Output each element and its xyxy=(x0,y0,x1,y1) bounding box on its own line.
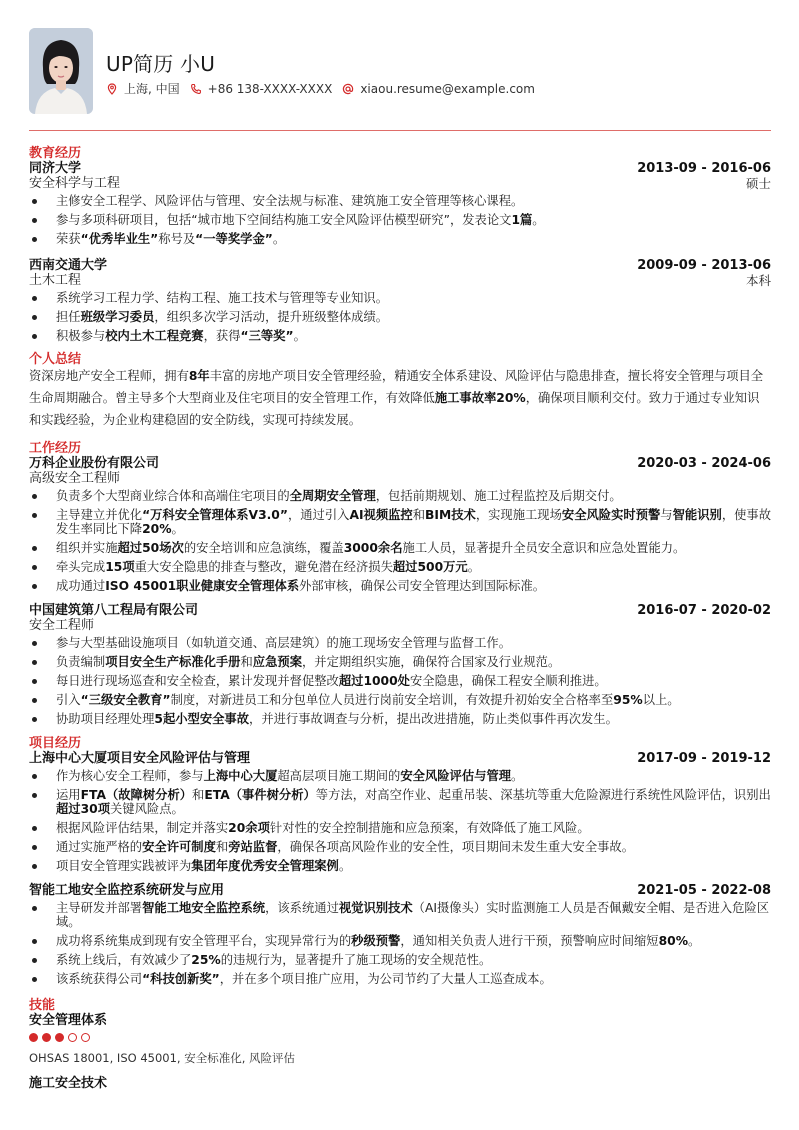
date-range: 2013-09 - 2016-06 xyxy=(637,161,771,176)
work-entry: 万科企业股份有限公司 2020-03 - 2024-06 高级安全工程师 负责多… xyxy=(29,456,771,593)
projects-section: 项目经历 上海中心大厦项目安全风险评估与管理 2017-09 - 2019-12… xyxy=(29,736,771,986)
project-entry: 上海中心大厦项目安全风险评估与管理 2017-09 - 2019-12 作为核心… xyxy=(29,751,771,873)
job-title: 高级安全工程师 xyxy=(29,471,120,486)
rating-dot-empty xyxy=(68,1033,77,1042)
bullet-item: 运用FTA（故障树分析）和ETA（事件树分析）等方法，对高空作业、起重吊装、深基… xyxy=(29,788,771,816)
bullet-item: 参与多项科研项目，包括“城市地下空间结构施工安全风险评估模型研究”，发表论文1篇… xyxy=(29,213,771,227)
bullet-item: 根据风险评估结果，制定并落实20余项针对性的安全控制措施和应急预案，有效降低了施… xyxy=(29,821,771,835)
date-range: 2009-09 - 2013-06 xyxy=(637,258,771,273)
bullet-item: 负责多个大型商业综合体和高端住宅项目的全周期安全管理，包括前期规划、施工过程监控… xyxy=(29,489,771,503)
skill-item: 施工安全技术 xyxy=(29,1076,771,1091)
bullet-item: 积极参与校内土木工程竞赛，获得“三等奖”。 xyxy=(29,329,771,343)
bullet-list: 主修安全工程学、风险评估与管理、安全法规与标准、建筑施工安全管理等核心课程。参与… xyxy=(29,194,771,246)
bullet-item: 作为核心安全工程师，参与上海中心大厦超高层项目施工期间的安全风险评估与管理。 xyxy=(29,769,771,783)
rating-dot-empty xyxy=(81,1033,90,1042)
rating-dot-filled xyxy=(42,1033,51,1042)
section-title-projects: 项目经历 xyxy=(29,736,771,751)
bullet-list: 系统学习工程力学、结构工程、施工技术与管理等专业知识。担任班级学习委员，组织多次… xyxy=(29,291,771,343)
company-name: 万科企业股份有限公司 xyxy=(29,456,159,471)
work-entry: 中国建筑第八工程局有限公司 2016-07 - 2020-02 安全工程师 参与… xyxy=(29,603,771,726)
rating-dot-filled xyxy=(55,1033,64,1042)
bullet-list: 参与大型基础设施项目（如轨道交通、高层建筑）的施工现场安全管理与监督工作。负责编… xyxy=(29,636,771,726)
skill-name: 安全管理体系 xyxy=(29,1013,771,1028)
summary-text: 资深房地产安全工程师，拥有8年丰富的房地产项目安全管理经验，精通安全体系建设、风… xyxy=(29,365,771,431)
contact-email[interactable]: xiaou.resume@example.com xyxy=(342,82,535,96)
bullet-item: 成功将系统集成到现有安全管理平台，实现异常行为的秒级预警，通知相关负责人进行干预… xyxy=(29,934,771,948)
skill-item: 安全管理体系 OHSAS 18001, ISO 45001, 安全标准化, 风险… xyxy=(29,1013,771,1066)
location-text: 上海, 中国 xyxy=(124,80,180,97)
bullet-item: 每日进行现场巡查和安全检查，累计发现并督促整改超过1000处安全隐患，确保工程安… xyxy=(29,674,771,688)
bullet-list: 作为核心安全工程师，参与上海中心大厦超高层项目施工期间的安全风险评估与管理。运用… xyxy=(29,769,771,873)
summary-section: 个人总结 资深房地产安全工程师，拥有8年丰富的房地产项目安全管理经验，精通安全体… xyxy=(29,352,771,431)
work-section: 工作经历 万科企业股份有限公司 2020-03 - 2024-06 高级安全工程… xyxy=(29,441,771,726)
date-range: 2020-03 - 2024-06 xyxy=(637,456,771,471)
company-name: 中国建筑第八工程局有限公司 xyxy=(29,603,198,618)
bullet-list: 主导研发并部署智能工地安全监控系统，该系统通过视觉识别技术（AI摄像头）实时监测… xyxy=(29,901,771,986)
education-entry: 西南交通大学 2009-09 - 2013-06 土木工程 本科 系统学习工程力… xyxy=(29,258,771,343)
bullet-item: 负责编制项目安全生产标准化手册和应急预案，并定期组织实施，确保符合国家及行业规范… xyxy=(29,655,771,669)
rating-dot-filled xyxy=(29,1033,38,1042)
phone-text: +86 138-XXXX-XXXX xyxy=(208,82,333,96)
project-name: 上海中心大厦项目安全风险评估与管理 xyxy=(29,751,250,766)
bullet-item: 组织并实施超过50场次的安全培训和应急演练，覆盖3000余名施工人员，显著提升全… xyxy=(29,541,771,555)
bullet-item: 牵头完成15项重大安全隐患的排查与整改，避免潜在经济损失超过500万元。 xyxy=(29,560,771,574)
at-icon xyxy=(342,83,354,95)
header-divider xyxy=(29,130,771,131)
date-range: 2017-09 - 2019-12 xyxy=(637,751,771,766)
bullet-item: 担任班级学习委员，组织多次学习活动，提升班级整体成绩。 xyxy=(29,310,771,324)
skill-name: 施工安全技术 xyxy=(29,1076,771,1091)
bullet-item: 该系统获得公司“科技创新奖”，并在多个项目推广应用，为公司节约了大量人工巡查成本… xyxy=(29,972,771,986)
bullet-item: 通过实施严格的安全许可制度和旁站监督，确保各项高风险作业的安全性，项目期间未发生… xyxy=(29,840,771,854)
bullet-list: 负责多个大型商业综合体和高端住宅项目的全周期安全管理，包括前期规划、施工过程监控… xyxy=(29,489,771,593)
phone-icon xyxy=(190,83,202,95)
contact-info: 上海, 中国 +86 138-XXXX-XXXX xiaou.resume@ex… xyxy=(106,80,545,97)
bullet-item: 成功通过ISO 45001职业健康安全管理体系外部审核，确保公司安全管理达到国际… xyxy=(29,579,771,593)
section-title-education: 教育经历 xyxy=(29,146,771,161)
bullet-item: 主导研发并部署智能工地安全监控系统，该系统通过视觉识别技术（AI摄像头）实时监测… xyxy=(29,901,771,929)
education-entry: 同济大学 2013-09 - 2016-06 安全科学与工程 硕士 主修安全工程… xyxy=(29,161,771,246)
resume-header: UP简历 小U 上海, 中国 +86 138-XXXX-XXXX xyxy=(29,0,771,130)
avatar-portrait-icon xyxy=(29,28,93,114)
contact-location: 上海, 中国 xyxy=(106,80,180,97)
bullet-item: 协助项目经理处理5起小型安全事故，并进行事故调查与分析，提出改进措施，防止类似事… xyxy=(29,712,771,726)
bullet-item: 荣获“优秀毕业生”称号及“一等奖学金”。 xyxy=(29,232,771,246)
bullet-item: 主修安全工程学、风险评估与管理、安全法规与标准、建筑施工安全管理等核心课程。 xyxy=(29,194,771,208)
bullet-item: 主导建立并优化“万科安全管理体系V3.0”，通过引入AI视频监控和BIM技术，实… xyxy=(29,508,771,536)
degree: 本科 xyxy=(746,273,771,288)
skill-level-rating xyxy=(29,1033,771,1042)
contact-phone: +86 138-XXXX-XXXX xyxy=(190,82,333,96)
skills-section: 技能 安全管理体系 OHSAS 18001, ISO 45001, 安全标准化,… xyxy=(29,998,771,1091)
date-range: 2021-05 - 2022-08 xyxy=(637,883,771,898)
major: 土木工程 xyxy=(29,273,81,288)
bullet-item: 系统学习工程力学、结构工程、施工技术与管理等专业知识。 xyxy=(29,291,771,305)
resume-page: UP简历 小U 上海, 中国 +86 138-XXXX-XXXX xyxy=(29,0,771,1091)
major: 安全科学与工程 xyxy=(29,176,120,191)
section-title-skills: 技能 xyxy=(29,998,771,1013)
job-title: 安全工程师 xyxy=(29,618,94,633)
candidate-name: UP简历 小U xyxy=(106,48,215,77)
section-title-work: 工作经历 xyxy=(29,441,771,456)
bullet-item: 引入“三级安全教育”制度，对新进员工和分包单位人员进行岗前安全培训，有效提升初始… xyxy=(29,693,771,707)
project-entry: 智能工地安全监控系统研发与应用 2021-05 - 2022-08 主导研发并部… xyxy=(29,883,771,986)
school-name: 同济大学 xyxy=(29,161,81,176)
date-range: 2016-07 - 2020-02 xyxy=(637,603,771,618)
project-name: 智能工地安全监控系统研发与应用 xyxy=(29,883,224,898)
degree: 硕士 xyxy=(746,176,771,191)
email-text[interactable]: xiaou.resume@example.com xyxy=(360,82,535,96)
education-section: 教育经历 同济大学 2013-09 - 2016-06 安全科学与工程 硕士 主… xyxy=(29,146,771,343)
profile-photo xyxy=(29,28,93,114)
bullet-item: 项目安全管理实践被评为集团年度优秀安全管理案例。 xyxy=(29,859,771,873)
bullet-item: 系统上线后，有效减少了25%的违规行为，显著提升了施工现场的安全规范性。 xyxy=(29,953,771,967)
bullet-item: 参与大型基础设施项目（如轨道交通、高层建筑）的施工现场安全管理与监督工作。 xyxy=(29,636,771,650)
map-pin-icon xyxy=(106,83,118,95)
school-name: 西南交通大学 xyxy=(29,258,107,273)
skill-description: OHSAS 18001, ISO 45001, 安全标准化, 风险评估 xyxy=(29,1050,771,1066)
